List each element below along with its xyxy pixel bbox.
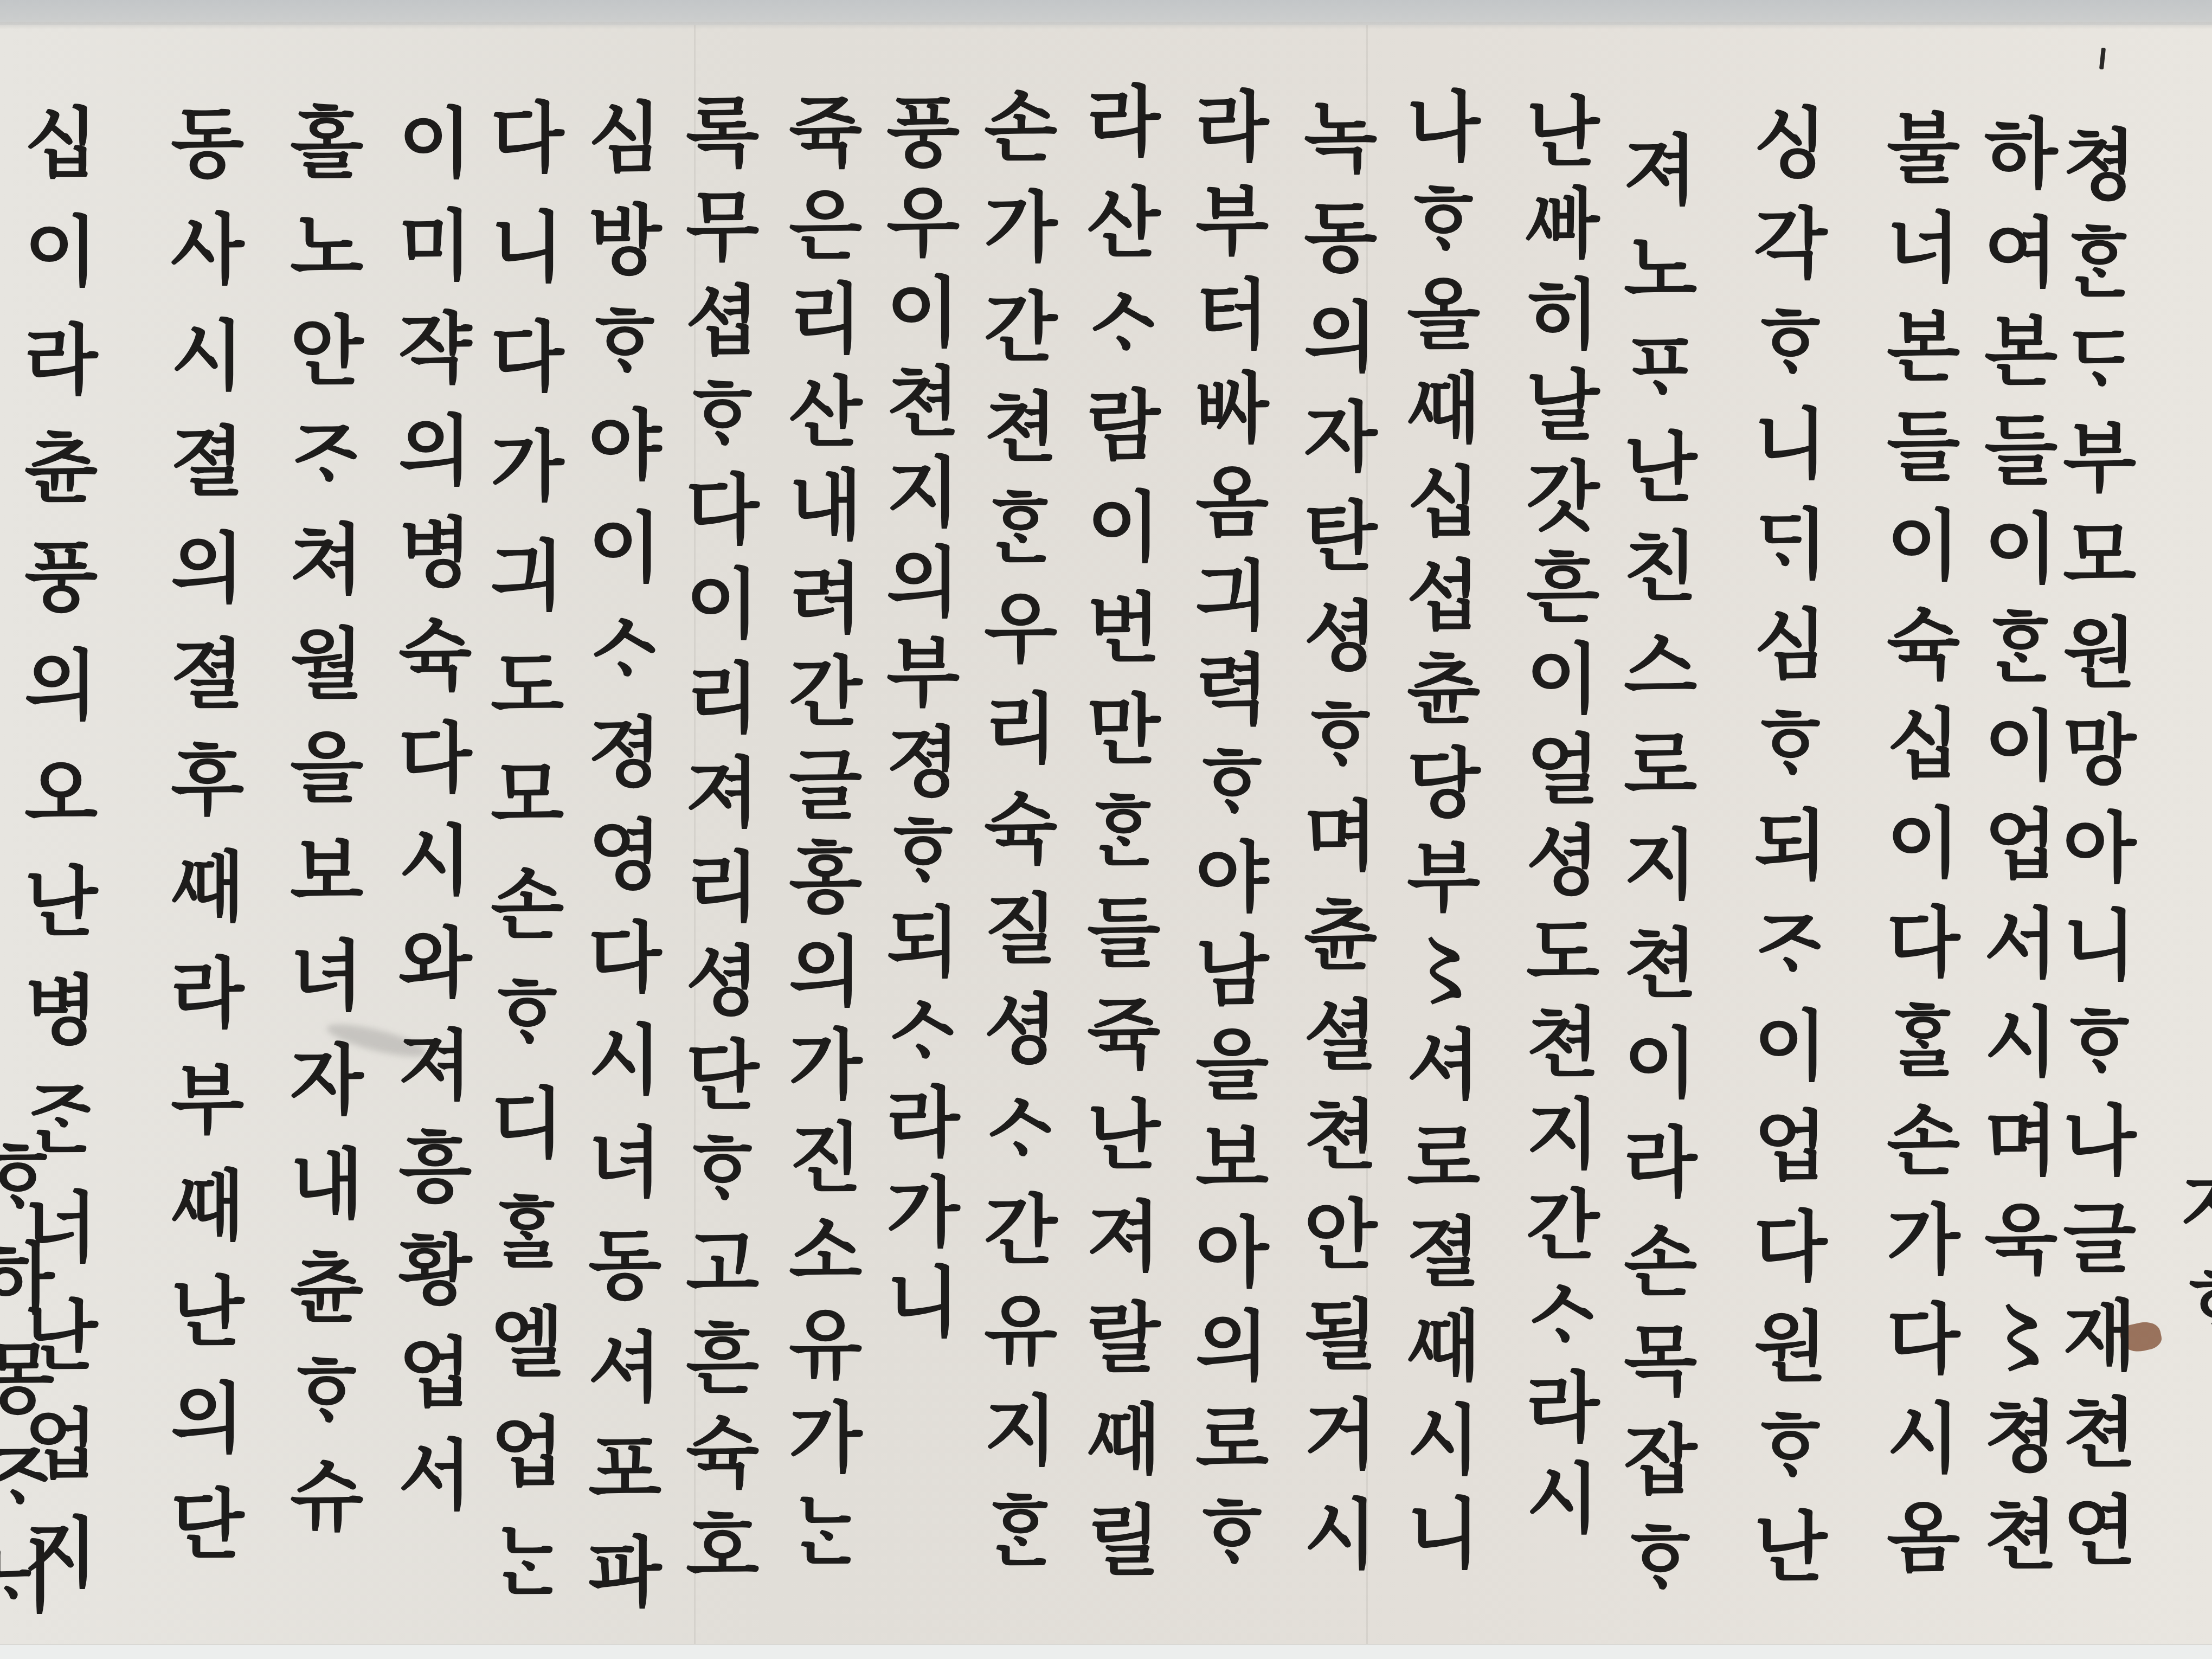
manuscript-page: 자ᄒᆞ 쳥ᄒᆞᆫᄃᆞ부모원망아니ᄒᆞ나글재쳔연 하여본들이ᄒᆞᆫ이업서시며욱〻쳥… xyxy=(0,0,2212,1659)
text-column-19: 동사시졀의졀후ᄯᅢ라부ᄯᅢ난의단 xyxy=(163,103,239,1591)
paper-top-edge xyxy=(0,22,2212,29)
partial-column-right-edge: 자ᄒᆞ xyxy=(2174,1166,2212,1365)
text-column-1: 쳥ᄒᆞᆫᄃᆞ부모원망아니ᄒᆞ나글재쳔연 xyxy=(2055,125,2131,1589)
bottom-background-band xyxy=(0,1644,2212,1659)
text-column-15: 심방ᄒᆞ야이ᄉᆞ졍영다시녀동셔포파 xyxy=(580,98,656,1635)
text-column-17: 이미쟉의병슉다시와져흥황업서 xyxy=(390,103,466,1538)
text-column-14: 록무셥ᄒᆞ다이리져리셩단ᄒᆞ고흔슉호 xyxy=(678,92,754,1602)
text-column-7: 나ᄒᆞ올ᄯᅢ십섭츈당부〻셔로졀ᄯᅢ시니 xyxy=(1399,87,1475,1587)
text-column-4: 싱각ᄒᆞ니ᄃᆡ심ᄒᆞ되ᄌᆞ이업다원ᄒᆞ난 xyxy=(1746,103,1822,1607)
ink-mark xyxy=(2099,48,2106,70)
text-column-3: 불너본들이슉십이다ᄒᆞᆯ손가다시옴 xyxy=(1879,108,1954,1597)
partial-column-left-edge: ᄒᆞ하몽ᄌᆞᄂᆡ xyxy=(0,1139,49,1637)
text-column-11: 손가간쳔ᄒᆞᆫ우리슉질셩ᄉᆞ간유지ᄒᆞᆫ xyxy=(976,87,1052,1591)
text-column-18: 홀노안ᄌᆞ쳐월을보녀자내츈ᄒᆞ슈 xyxy=(282,103,358,1560)
text-column-16: 다니다가긔도모손ᄒᆞ디ᄒᆞᆯ엘업ᄂᆞᆫ xyxy=(483,98,558,1631)
text-column-8: 녹동의자탄셩ᄒᆞ며츈셜쳔안될거시 xyxy=(1296,98,1372,1594)
text-column-2: 하여본들이ᄒᆞᆫ이업서시며욱〻쳥쳔 xyxy=(1976,114,2052,1594)
text-column-6: 난ᄲᅡ히날갓흔이얼셩도쳔지간ᄉᆞ라시 xyxy=(1518,92,1594,1549)
text-column-5: 져노ᄑᆞ난친스로지쳔이라손목잡ᄒᆞ xyxy=(1616,130,1692,1618)
text-column-9: 라부터ᄡᅡ옴긔력ᄒᆞ야남을보아의로ᄒᆞ xyxy=(1187,87,1263,1587)
text-column-12: 풍우이쳔지의부졍ᄒᆞ되ᄉᆞ라가니 xyxy=(878,92,954,1352)
text-column-10: 라산ᄉᆞ람이번만ᄒᆞᆫ들쥭난져랄ᄯᅢ릴 xyxy=(1079,81,1155,1602)
text-column-13: 쥭은리산내려간글홍의가진소유가ᄂᆞᆫ xyxy=(781,92,857,1584)
